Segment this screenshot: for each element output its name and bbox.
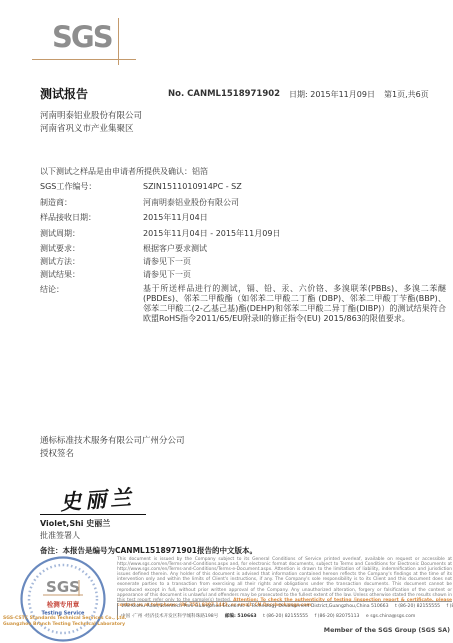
field-row-test-method: 测试方法：请参见下一页 bbox=[40, 256, 191, 267]
footer-company-line1: SGS-CSTC Standards Technical Services Co… bbox=[3, 616, 121, 621]
phone-cn: t (86-20) 82155555 bbox=[263, 614, 308, 619]
field-label: 测试要求： bbox=[40, 243, 143, 254]
field-value: SZIN1511010914PC - SZ bbox=[143, 182, 242, 191]
field-row-job-number: SGS工作编号：SZIN1511010914PC - SZ bbox=[40, 181, 242, 192]
field-row-testing-period: 测试周期：2015年11月04日 - 2015年11月09日 bbox=[40, 228, 280, 239]
postcode: 邮编: 510663 bbox=[225, 614, 257, 619]
conclusion-label: 结论： bbox=[40, 284, 64, 295]
field-label: 制造商： bbox=[40, 197, 143, 208]
phone-en: t (86-20) 82155555 bbox=[395, 604, 440, 609]
address-cn: 中国 ·广州 ·经济技术开发区科学城科珠路198号 bbox=[121, 614, 218, 619]
page-title: 测试报告 bbox=[40, 85, 88, 102]
applicant-address: 河南省巩义市产业集聚区 bbox=[40, 123, 142, 136]
report-number: No. CANML1518971902 bbox=[168, 89, 280, 99]
sgs-logo-text: SGS bbox=[52, 20, 112, 54]
stamp-sgs-logo: SGS bbox=[46, 578, 80, 596]
field-label: 测试周期： bbox=[40, 228, 143, 239]
disclaimer-text: This document is issued by the Company s… bbox=[117, 557, 452, 603]
page-indicator: 第1页,共6页 bbox=[384, 89, 429, 100]
signatory-name: Violet,Shi 史丽兰 bbox=[40, 518, 110, 529]
field-value: 2015年11月04日 bbox=[143, 213, 208, 222]
email: e sgs.china@sgs.com bbox=[366, 614, 415, 619]
authorized-signature-label: 授权签名 bbox=[40, 447, 74, 459]
stamp-outer-ring bbox=[22, 558, 105, 641]
testing-service-stamp: SGS 检测专用章 Testing Service bbox=[14, 554, 112, 643]
stamp-logo-vline bbox=[79, 580, 80, 596]
footer-divider bbox=[117, 601, 452, 602]
field-label: 测试方法： bbox=[40, 256, 143, 267]
conclusion-text: 基于所送样品进行的测试，镉、铅、汞、六价铬、多溴联苯(PBBs)、多溴二苯醚(P… bbox=[143, 284, 446, 324]
stamp-logo-underline bbox=[43, 595, 83, 596]
field-value: 2015年11月04日 - 2015年11月09日 bbox=[143, 229, 280, 238]
field-value: 根据客户要求测试 bbox=[143, 244, 207, 253]
test-report-page: SGS 测试报告 No. CANML1518971902 日期: 2015年11… bbox=[0, 0, 453, 643]
fax-cn: f (86-20) 82075113 bbox=[315, 614, 360, 619]
footer-company-line2: Guangzhou Branch Testing Technical Labor… bbox=[3, 622, 121, 627]
field-value: 请参见下一页 bbox=[143, 257, 191, 266]
field-row-test-requested: 测试要求：根据客户要求测试 bbox=[40, 243, 207, 254]
field-label: 样品接收日期： bbox=[40, 212, 143, 223]
field-value: 河南明泰铝业股份有限公司 bbox=[143, 198, 239, 207]
address-row-en: 198 Kezhu Road,Scientech Park Guangzhou … bbox=[121, 604, 452, 609]
logo-vertical-line bbox=[118, 18, 119, 65]
fax-en: f (86-20) 82075113 bbox=[447, 604, 453, 609]
stamp-seal-text: 检测专用章 bbox=[47, 600, 80, 609]
applicant-name: 河南明泰铝业股份有限公司 bbox=[40, 110, 142, 123]
sgs-group-member-line: Member of the SGS Group (SGS SA) bbox=[250, 627, 450, 634]
logo-horizontal-line bbox=[32, 59, 136, 60]
address-row-cn: 中国 ·广州 ·经济技术开发区科学城科珠路198号 邮编: 510663 t (… bbox=[121, 613, 452, 619]
signatory-title: 批准签署人 bbox=[40, 530, 80, 541]
field-row-sample-received: 样品接收日期：2015年11月04日 bbox=[40, 212, 208, 223]
applicant-block: 河南明泰铝业股份有限公司 河南省巩义市产业集聚区 bbox=[40, 110, 142, 136]
field-label: 测试结果： bbox=[40, 269, 143, 280]
sample-intro: 以下测试之样品是由申请者所提供及确认：铝箔 bbox=[40, 166, 208, 177]
field-row-test-results: 测试结果：请参见下一页 bbox=[40, 269, 191, 280]
sgs-logo: SGS bbox=[32, 16, 142, 66]
signature-line bbox=[40, 514, 146, 515]
report-date: 日期: 2015年11月09日 bbox=[289, 89, 375, 100]
handwritten-signature: 史丽兰 bbox=[59, 481, 136, 516]
field-row-manufacturer: 制造商：河南明泰铝业股份有限公司 bbox=[40, 197, 239, 208]
issuing-company: 通标标准技术服务有限公司广州分公司 bbox=[40, 434, 185, 446]
field-value: 请参见下一页 bbox=[143, 270, 191, 279]
field-label: SGS工作编号： bbox=[40, 181, 143, 192]
address-en: 198 Kezhu Road,Scientech Park Guangzhou … bbox=[121, 604, 389, 609]
